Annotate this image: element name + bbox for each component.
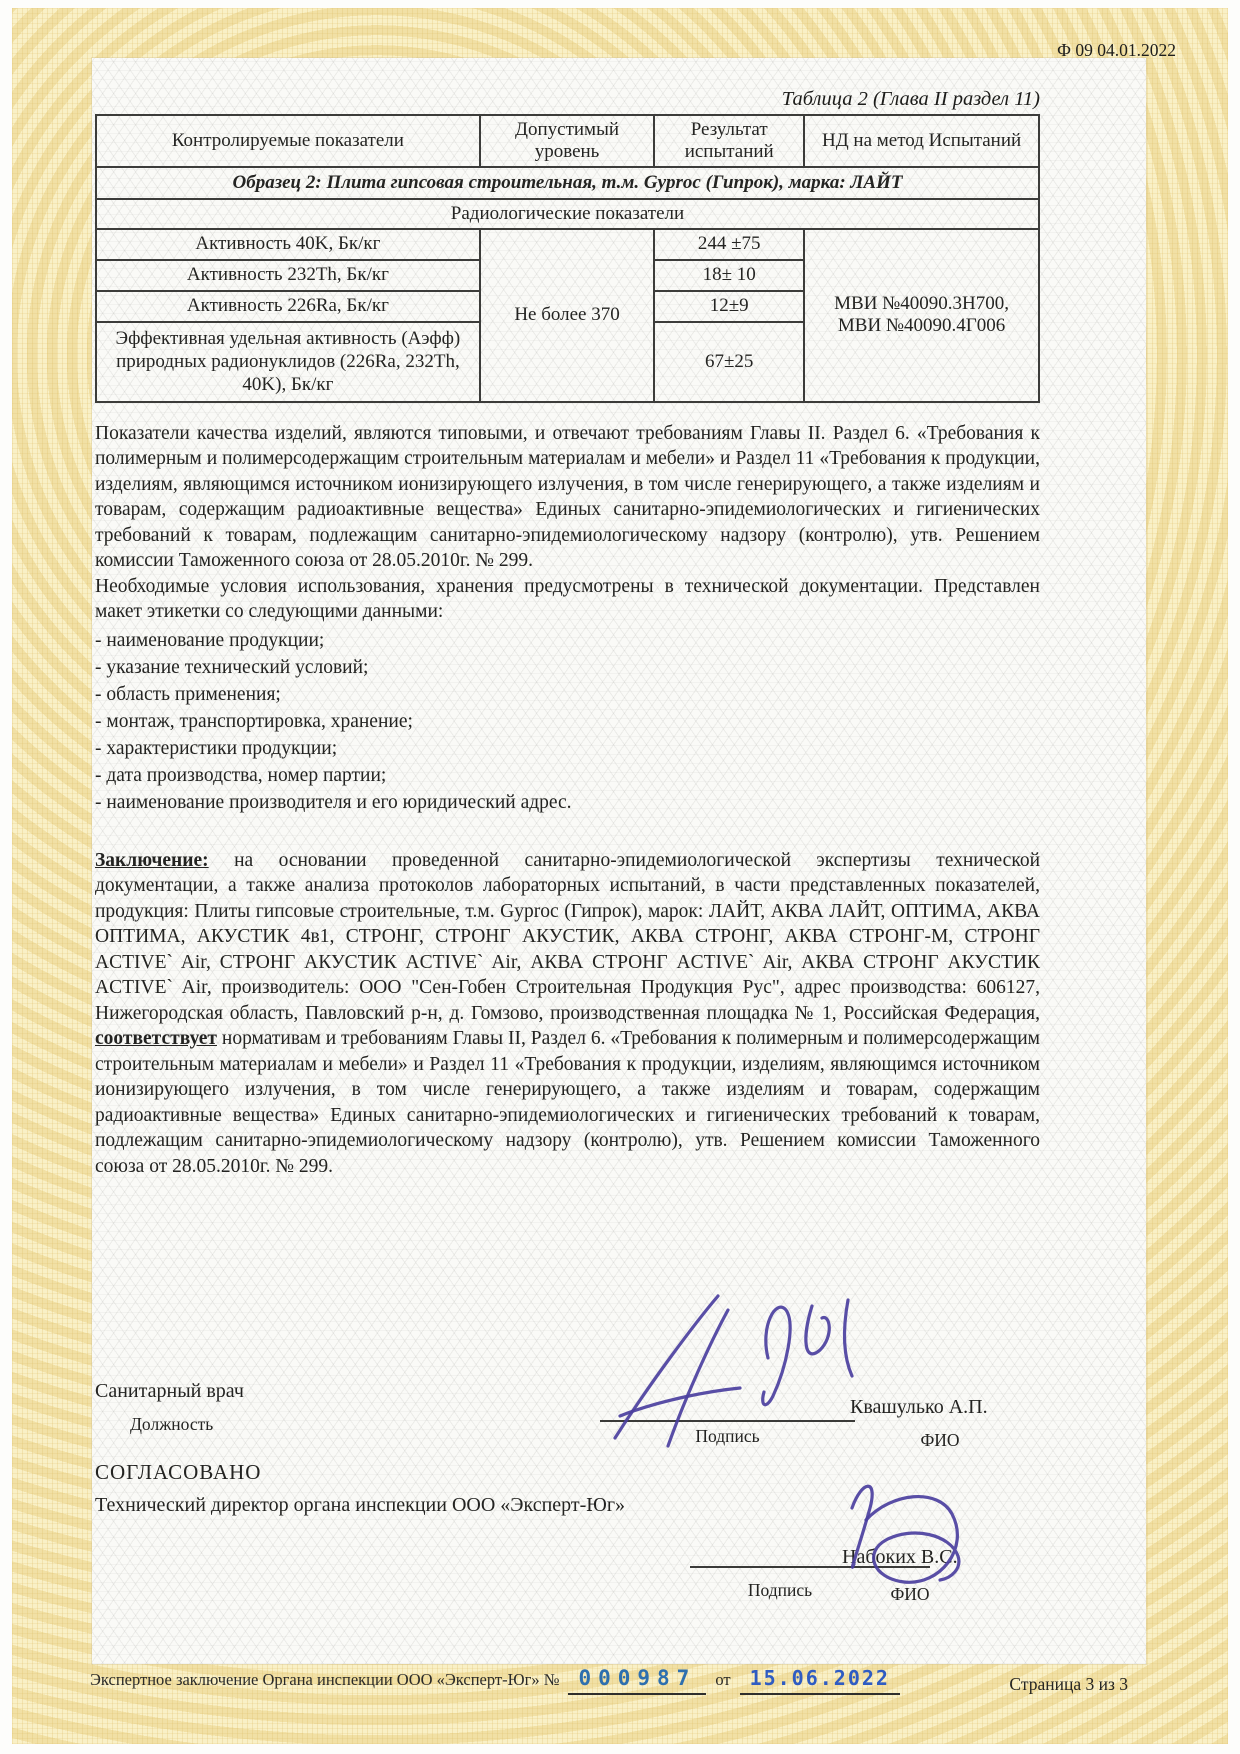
result-cell: 18± 10: [654, 260, 804, 291]
result-cell: 12±9: [654, 291, 804, 322]
footer: Экспертное заключение Органа инспекции О…: [90, 1666, 1150, 1695]
allowed-level-cell: Не более 370: [480, 229, 654, 402]
table-row: Активность 40K, Бк/кг Не более 370 244 ±…: [96, 229, 1039, 260]
col-header-allowed-level: Допустимый уровень: [480, 115, 654, 167]
page-number: Страница 3 из 3: [1009, 1674, 1128, 1695]
list-item: - область применения;: [95, 681, 1040, 708]
document-number-stamp: 000987: [578, 1666, 696, 1690]
compliant-word: соответствует: [95, 1028, 217, 1049]
document-date-stamp: 15.06.2022: [750, 1666, 890, 1690]
doctor-name: Квашулько А.П.: [850, 1396, 988, 1419]
document-date-underline: 15.06.2022: [740, 1666, 900, 1695]
approver-name: Набоких В.С.: [842, 1546, 958, 1569]
paragraph-quality: Показатели качества изделий, являются ти…: [95, 421, 1040, 574]
section-title: Радиологические показатели: [96, 199, 1039, 229]
list-item: - монтаж, транспортировка, хранение;: [95, 708, 1040, 735]
footer-from-label: от: [715, 1670, 730, 1690]
result-cell: 244 ±75: [654, 229, 804, 260]
doctor-title: Санитарный врач: [95, 1380, 244, 1403]
table-header-row: Контролируемые показатели Допустимый уро…: [96, 115, 1039, 167]
conclusion-lead: Заключение:: [95, 850, 209, 871]
col-header-indicators: Контролируемые показатели: [96, 115, 480, 167]
conclusion-paragraph: Заключение: на основании проведенной сан…: [95, 848, 1040, 1180]
signature-line-doctor: [600, 1420, 855, 1422]
doctor-title-label: Должность: [130, 1414, 213, 1435]
indicator-cell: Активность 40K, Бк/кг: [96, 229, 480, 260]
list-item: - наименование производителя и его юриди…: [95, 789, 1040, 816]
table-caption: Таблица 2 (Глава II раздел 11): [95, 88, 1040, 111]
scanned-document: { "page": { "form_code": "Ф 09 04.01.202…: [0, 0, 1240, 1754]
sample-title-row: Образец 2: Плита гипсовая строительная, …: [96, 167, 1039, 199]
list-item: - характеристики продукции;: [95, 735, 1040, 762]
list-item: - указание технический условий;: [95, 654, 1040, 681]
name-label-approver: ФИО: [850, 1584, 970, 1605]
conclusion-text-before: на основании проведенной санитарно-эпиде…: [95, 850, 1040, 1024]
col-header-method: НД на метод Испытаний: [804, 115, 1039, 167]
col-header-test-result: Результат испытаний: [654, 115, 804, 167]
paragraph-conditions: Необходимые условия использования, хране…: [95, 574, 1040, 625]
list-item: - дата производства, номер партии;: [95, 762, 1040, 789]
sign-label-approver: Подпись: [700, 1580, 860, 1601]
indicator-cell: Активность 226Ra, Бк/кг: [96, 291, 480, 322]
method-cell: МВИ №40090.3Н700, МВИ №40090.4Г006: [804, 229, 1039, 402]
section-title-row: Радиологические показатели: [96, 199, 1039, 229]
indicator-cell: Активность 232Th, Бк/кг: [96, 260, 480, 291]
document-number-underline: 000987: [568, 1666, 706, 1695]
conclusion-text-after: нормативам и требованиям Главы II, Разде…: [95, 1028, 1040, 1177]
indicator-cell: Эффективная удельная активность (Аэфф) п…: [96, 322, 480, 402]
sign-label-doctor: Подпись: [640, 1426, 815, 1447]
name-label-doctor: ФИО: [880, 1430, 1000, 1451]
document-content: Таблица 2 (Глава II раздел 11) Контролир…: [95, 88, 1040, 1179]
list-item: - наименование продукции;: [95, 627, 1040, 654]
method-line-1: МВИ №40090.3Н700,: [809, 293, 1034, 315]
result-cell: 67±25: [654, 322, 804, 402]
method-line-2: МВИ №40090.4Г006: [809, 315, 1034, 337]
label-data-list: - наименование продукции; - указание тех…: [95, 627, 1040, 816]
approver-title: Технический директор органа инспекции ОО…: [95, 1494, 625, 1517]
approved-heading: СОГЛАСОВАНО: [95, 1460, 261, 1485]
form-code: Ф 09 04.01.2022: [1057, 40, 1176, 61]
sample-title: Образец 2: Плита гипсовая строительная, …: [96, 167, 1039, 199]
radiology-results-table: Контролируемые показатели Допустимый уро…: [95, 114, 1040, 403]
footer-label: Экспертное заключение Органа инспекции О…: [90, 1670, 559, 1690]
